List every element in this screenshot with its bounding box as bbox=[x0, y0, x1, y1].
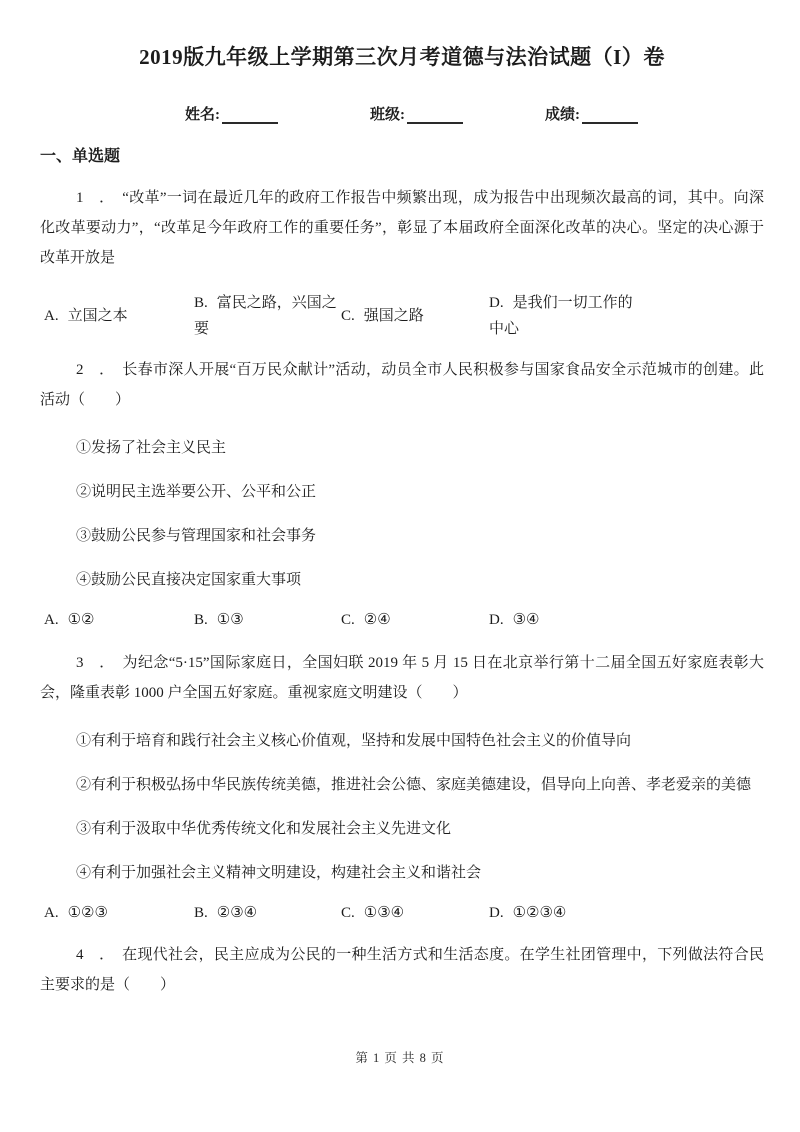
choice-text: ①②③ bbox=[68, 905, 108, 921]
choice-text: 是我们一切工作的中心 bbox=[489, 295, 633, 337]
choice-text: ③④ bbox=[513, 612, 540, 628]
question-3-suboption-4: ④有利于加强社会主义精神文明建设，构建社会主义和谐社会 bbox=[40, 862, 764, 884]
choice-label: B. bbox=[194, 295, 208, 311]
class-blank bbox=[407, 107, 463, 124]
class-label: 班级: bbox=[370, 103, 405, 124]
question-1-choice-d: D.是我们一切工作的中心 bbox=[485, 290, 637, 342]
question-2-choice-b: B.①③ bbox=[190, 609, 337, 631]
choice-label: B. bbox=[194, 612, 208, 628]
question-2-stem: 2 ． 长春市深人开展“百万民众献计”活动，动员全市人民积极参与国家食品安全示范… bbox=[40, 355, 764, 415]
choice-label: C. bbox=[341, 308, 355, 324]
choice-label: A. bbox=[44, 308, 59, 324]
choice-label: B. bbox=[194, 905, 208, 921]
choice-label: D. bbox=[489, 612, 504, 628]
choice-text: ①③ bbox=[217, 612, 244, 628]
score-blank bbox=[582, 107, 638, 124]
choice-text: 强国之路 bbox=[364, 308, 424, 324]
page-number: 第 1 页 共 8 页 bbox=[0, 1048, 800, 1068]
question-1-stem: 1 ． “改革”一词在最近几年的政府工作报告中频繁出现，成为报告中出现频次最高的… bbox=[40, 183, 764, 273]
name-label: 姓名: bbox=[185, 103, 220, 124]
question-3-suboption-3: ③有利于汲取中华优秀传统文化和发展社会主义先进文化 bbox=[40, 818, 764, 840]
exam-page: 2019版九年级上学期第三次月考道德与法治试题（I）卷 姓名: 班级: 成绩: … bbox=[0, 42, 800, 1000]
question-3-suboption-1: ①有利于培育和践行社会主义核心价值观，坚持和发展中国特色社会主义的价值导向 bbox=[40, 730, 764, 752]
question-1-choices: A.立国之本 B.富民之路，兴国之要 C.强国之路 D.是我们一切工作的中心 bbox=[40, 290, 764, 342]
choice-text: 立国之本 bbox=[68, 308, 128, 324]
student-info-row: 姓名: 班级: 成绩: bbox=[40, 102, 764, 124]
choice-label: C. bbox=[341, 612, 355, 628]
choice-text: ①② bbox=[68, 612, 95, 628]
choice-text: ②④ bbox=[364, 612, 391, 628]
question-3-choice-a: A.①②③ bbox=[40, 902, 190, 924]
score-field: 成绩: bbox=[545, 103, 638, 124]
class-field: 班级: bbox=[370, 103, 463, 124]
question-2-suboption-2: ②说明民主选举要公开、公平和公正 bbox=[40, 481, 764, 503]
page-title: 2019版九年级上学期第三次月考道德与法治试题（I）卷 bbox=[40, 42, 764, 72]
score-label: 成绩: bbox=[545, 103, 580, 124]
question-2-choices: A.①② B.①③ C.②④ D.③④ bbox=[40, 609, 764, 631]
choice-text: ②③④ bbox=[217, 905, 257, 921]
choice-label: A. bbox=[44, 612, 59, 628]
question-2-suboption-1: ①发扬了社会主义民主 bbox=[40, 437, 764, 459]
choice-label: A. bbox=[44, 905, 59, 921]
question-1-choice-c: C.强国之路 bbox=[337, 303, 485, 329]
choice-label: D. bbox=[489, 295, 504, 311]
question-3-choice-c: C.①③④ bbox=[337, 902, 485, 924]
question-2-choice-c: C.②④ bbox=[337, 609, 485, 631]
choice-label: C. bbox=[341, 905, 355, 921]
question-2-suboption-3: ③鼓励公民参与管理国家和社会事务 bbox=[40, 525, 764, 547]
question-1-choice-b: B.富民之路，兴国之要 bbox=[190, 290, 337, 342]
choice-text: ①②③④ bbox=[513, 905, 567, 921]
question-3-choices: A.①②③ B.②③④ C.①③④ D.①②③④ bbox=[40, 902, 764, 924]
question-1-choice-a: A.立国之本 bbox=[40, 303, 190, 329]
choice-label: D. bbox=[489, 905, 504, 921]
question-3-stem: 3 ． 为纪念“5·15”国际家庭日，全国妇联 2019 年 5 月 15 日在… bbox=[40, 648, 764, 708]
section-heading: 一、单选题 bbox=[40, 146, 764, 168]
question-3-suboption-2: ②有利于积极弘扬中华民族传统美德，推进社会公德、家庭美德建设，倡导向上向善、孝老… bbox=[40, 774, 764, 796]
question-4-stem: 4 ． 在现代社会，民主应成为公民的一种生活方式和生活态度。在学生社团管理中，下… bbox=[40, 940, 764, 1000]
name-field: 姓名: bbox=[185, 103, 278, 124]
name-blank bbox=[222, 107, 278, 124]
choice-text: ①③④ bbox=[364, 905, 404, 921]
question-2-suboption-4: ④鼓励公民直接决定国家重大事项 bbox=[40, 569, 764, 591]
question-3-choice-b: B.②③④ bbox=[190, 902, 337, 924]
question-3-choice-d: D.①②③④ bbox=[485, 902, 637, 924]
choice-text: 富民之路，兴国之要 bbox=[194, 295, 337, 337]
question-2-choice-d: D.③④ bbox=[485, 609, 637, 631]
question-2-choice-a: A.①② bbox=[40, 609, 190, 631]
